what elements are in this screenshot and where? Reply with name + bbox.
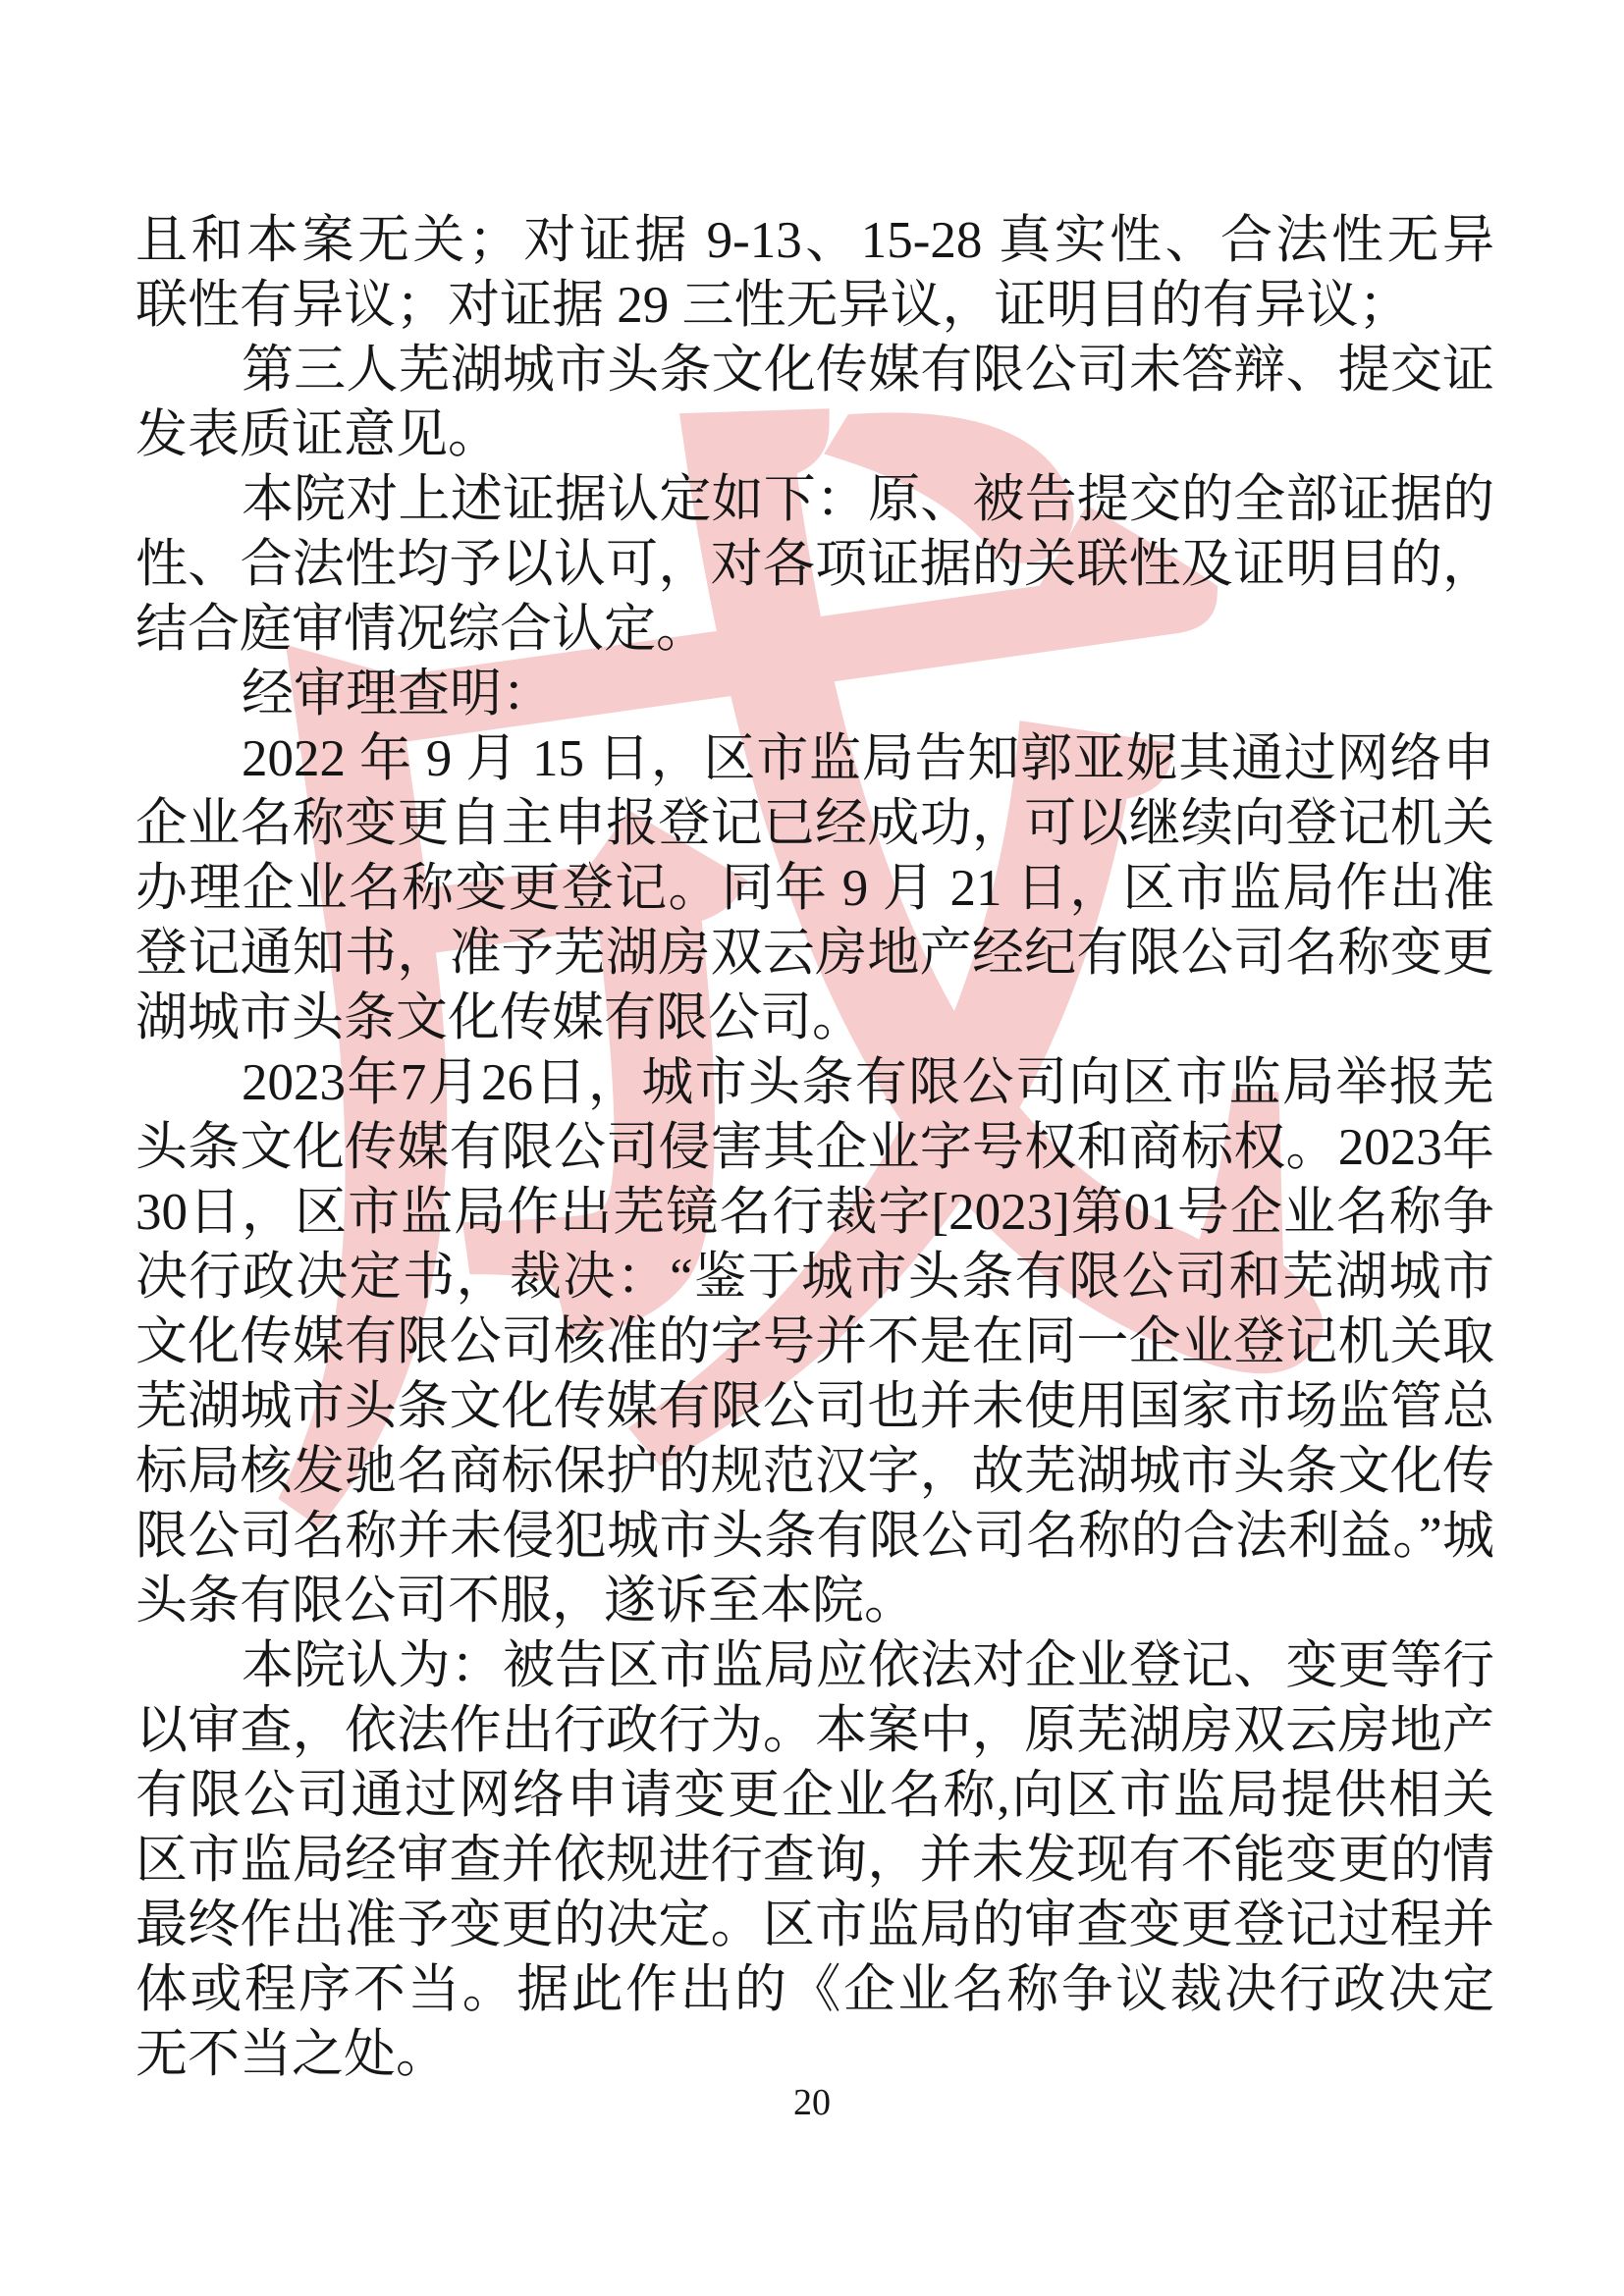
text-line: 头条文化传媒有限公司侵害其企业字号权和商标权。2023年10月 [135,1115,1494,1180]
text-line: 2022 年 9 月 15 日，区市监局告知郭亚妮其通过网络申请的 [135,726,1494,791]
text-line: 本院对上述证据认定如下：原、被告提交的全部证据的真实 [135,467,1494,532]
text-line: 联性有异议；对证据 29 三性无异议，证明目的有异议； [135,273,1494,338]
text-line: 以审查，依法作出行政行为。本案中，原芜湖房双云房地产经纪 [135,1698,1494,1763]
document-page: 成 且和本案无关；对证据 9-13、15-28 真实性、合法性无异议，关联性有异… [0,0,1624,2296]
page-number: 20 [0,2079,1624,2126]
body-text: 且和本案无关；对证据 9-13、15-28 真实性、合法性无异议，关联性有异议；… [135,208,1494,2087]
text-line: 文化传媒有限公司核准的字号并不是在同一企业登记机关取得。 [135,1309,1494,1374]
text-line: 30日，区市监局作出芜镜名行裁字[2023]第01号企业名称争议裁 [135,1180,1494,1245]
text-line: 性、合法性均予以认可，对各项证据的关联性及证明目的，本院 [135,532,1494,597]
text-line: 第三人芜湖城市头条文化传媒有限公司未答辩、提交证据、 [135,338,1494,402]
text-line: 发表质证意见。 [135,402,1494,467]
text-line: 区市监局经审查并依规进行查询，并未发现有不能变更的情形， [135,1828,1494,1893]
text-line: 头条有限公司不服，遂诉至本院。 [135,1569,1494,1633]
text-line: 办理企业名称变更登记。同年 9 月 21 日，区市监局作出准予变更 [135,856,1494,921]
text-line: 决行政决定书，裁决：“鉴于城市头条有限公司和芜湖城市头条 [135,1245,1494,1309]
text-line: 限公司名称并未侵犯城市头条有限公司名称的合法利益。”城市 [135,1504,1494,1569]
text-line: 无不当之处。 [135,2022,1494,2087]
text-line: 芜湖城市头条文化传媒有限公司也并未使用国家市场监管总局商 [135,1374,1494,1439]
text-line: 有限公司通过网络申请变更企业名称,向区市监局提供相关材料， [135,1763,1494,1828]
text-line: 体或程序不当。据此作出的《企业名称争议裁决行政决定书》亦 [135,1957,1494,2022]
text-line: 最终作出准予变更的决定。区市监局的审查变更登记过程并无实 [135,1893,1494,1957]
text-line: 结合庭审情况综合认定。 [135,597,1494,662]
text-line: 登记通知书，准予芜湖房双云房地产经纪有限公司名称变更为芜 [135,921,1494,986]
text-line: 且和本案无关；对证据 9-13、15-28 真实性、合法性无异议，关 [135,208,1494,273]
text-line: 标局核发驰名商标保护的规范汉字，故芜湖城市头条文化传媒有 [135,1439,1494,1504]
text-line: 2023年7月26日，城市头条有限公司向区市监局举报芜湖城市 [135,1050,1494,1115]
text-line: 企业名称变更自主申报登记已经成功，可以继续向登记机关申请 [135,791,1494,856]
text-line: 湖城市头条文化传媒有限公司。 [135,986,1494,1050]
text-line: 经审理查明： [135,662,1494,726]
text-line: 本院认为：被告区市监局应依法对企业登记、变更等行为予 [135,1633,1494,1698]
